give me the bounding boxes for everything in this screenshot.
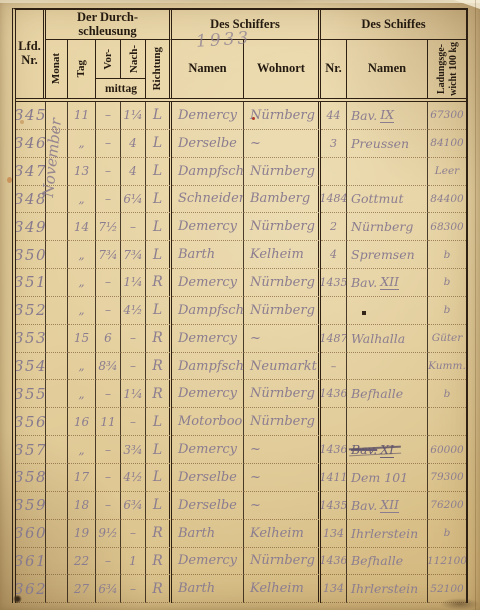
tag-cell: 27	[68, 575, 96, 603]
nachmittag-cell: 4	[121, 158, 146, 186]
schiff-name-cell: Befhalle	[347, 548, 428, 576]
schiff-name-numeral: XII	[380, 497, 399, 513]
schiff-name-text: Bav.	[351, 442, 377, 457]
monat-cell	[46, 380, 68, 408]
vormittag-cell: –	[96, 548, 121, 576]
schiff-nr-cell	[321, 408, 347, 436]
header-ladungsgewicht: Ladungsge- wicht 100 kg	[428, 40, 466, 98]
nachmittag-cell: –	[121, 353, 146, 381]
schiff-name-text: Bav.	[351, 275, 377, 290]
schiff-name-cell: Spremsen	[347, 241, 428, 269]
schiffer-name-cell: Derselbe	[172, 492, 244, 520]
richtung-cell: L	[146, 102, 172, 130]
nachmittag-cell: –	[121, 520, 146, 548]
ladung-cell: b	[428, 380, 466, 408]
vormittag-cell: 6¾	[96, 575, 121, 603]
schiff-name-text: Ihrlerstein	[351, 526, 418, 541]
header-tag: Tag	[68, 40, 96, 98]
monat-cell	[46, 297, 68, 325]
vormittag-cell: 6	[96, 325, 121, 353]
schiff-name-text: Befhalle	[351, 386, 403, 401]
nachmittag-cell: 1	[121, 548, 146, 576]
schiff-name-cell: Preussen	[347, 130, 428, 158]
ladung-cell: 84400	[428, 186, 466, 214]
wohnort-cell: ~	[244, 436, 321, 464]
vormittag-cell: –	[96, 436, 121, 464]
wohnort-cell: ~	[244, 325, 321, 353]
header-lfd-line2: Nr.	[21, 54, 38, 68]
ladung-cell: 67300	[428, 102, 466, 130]
rust-stain	[7, 177, 12, 183]
schiff-name-cell: Walhalla	[347, 325, 428, 353]
ladung-cell: Kumm.	[428, 353, 466, 381]
header-vor: Vor-	[96, 40, 121, 78]
schiffer-name-cell: Schneider	[172, 186, 244, 214]
richtung-cell: L	[146, 408, 172, 436]
schiff-name-cell	[347, 353, 428, 381]
tag-cell: 13	[68, 158, 96, 186]
tag-cell: 17	[68, 464, 96, 492]
ladung-cell: b	[428, 297, 466, 325]
header-monat: Monat	[46, 40, 68, 98]
schiffer-name-cell: Dampfschiff	[172, 297, 244, 325]
schiffer-name-cell: Dampfschiff	[172, 353, 244, 381]
paper-fold-line	[475, 0, 476, 610]
schiff-name-cell	[347, 158, 428, 186]
richtung-cell: L	[146, 436, 172, 464]
ladung-cell	[428, 408, 466, 436]
schiff-name-text: Nürnberg	[351, 219, 413, 234]
lfd-nr-cell: 361	[16, 548, 46, 576]
monat-cell	[46, 548, 68, 576]
nachmittag-cell: 4½	[121, 464, 146, 492]
tag-cell: „	[68, 241, 96, 269]
header-lfd-line1: Lfd.	[18, 40, 41, 54]
schiff-nr-cell: 2	[321, 213, 347, 241]
vormittag-cell: 11	[96, 408, 121, 436]
wohnort-cell: ~	[244, 464, 321, 492]
monat-cell	[46, 325, 68, 353]
wohnort-cell: Neumarkt	[244, 353, 321, 381]
tag-cell: 11	[68, 102, 96, 130]
nachmittag-cell: –	[121, 325, 146, 353]
tag-cell: „	[68, 186, 96, 214]
wohnort-cell: Nürnberg	[244, 102, 321, 130]
durchschleusung-line2: schleusung	[78, 25, 136, 39]
schiffer-name-cell: Demercy	[172, 325, 244, 353]
tag-cell: „	[68, 297, 96, 325]
schiff-nr-cell: 1484	[321, 186, 347, 214]
nachmittag-cell: 4½	[121, 297, 146, 325]
richtung-cell: L	[146, 130, 172, 158]
tag-cell: 16	[68, 408, 96, 436]
ladung-cell: Güter	[428, 325, 466, 353]
richtung-cell: R	[146, 548, 172, 576]
lfd-nr-cell: 353	[16, 325, 46, 353]
header-schiffes-nr: Nr.	[321, 40, 347, 98]
nachmittag-cell: –	[121, 408, 146, 436]
wohnort-cell: ~	[244, 130, 321, 158]
header-nach: Nach-	[121, 40, 146, 78]
tag-cell: 18	[68, 492, 96, 520]
wohnort-cell: Kelheim	[244, 575, 321, 603]
paper-edge-top	[0, 0, 480, 3]
vormittag-cell: –	[96, 186, 121, 214]
tag-cell: 22	[68, 548, 96, 576]
dark-speck	[362, 311, 366, 315]
monat-cell	[46, 575, 68, 603]
richtung-cell: L	[146, 241, 172, 269]
vormittag-cell: –	[96, 464, 121, 492]
schiff-name-cell: Ihrlerstein	[347, 575, 428, 603]
tag-cell: „	[68, 269, 96, 297]
lock-register-table: Lfd. Nr. Der Durch- schleusung Monat Tag…	[12, 8, 468, 603]
nachmittag-cell: –	[121, 575, 146, 603]
schiff-name-cell: Ihrlerstein	[347, 520, 428, 548]
schiffer-name-cell: Barth	[172, 575, 244, 603]
tag-cell: „	[68, 353, 96, 381]
schiff-name-numeral: IX	[380, 107, 394, 123]
wohnort-cell: Nürnberg	[244, 158, 321, 186]
lfd-nr-cell: 359	[16, 492, 46, 520]
schiffer-name-cell: Derselbe	[172, 130, 244, 158]
table-header: Lfd. Nr. Der Durch- schleusung Monat Tag…	[16, 10, 466, 102]
schiffer-name-cell: Demercy	[172, 213, 244, 241]
nachmittag-cell: 4	[121, 130, 146, 158]
nachmittag-cell: 1¼	[121, 269, 146, 297]
schiff-nr-cell: 44	[321, 102, 347, 130]
ladung-cell: b	[428, 520, 466, 548]
lfd-nr-cell: 358	[16, 464, 46, 492]
lfd-nr-cell: 352	[16, 297, 46, 325]
scanned-ledger-page: Lfd. Nr. Der Durch- schleusung Monat Tag…	[0, 0, 480, 610]
schiffer-name-cell: Motorboot	[172, 408, 244, 436]
richtung-cell: L	[146, 213, 172, 241]
durchschleusung-line1: Der Durch-	[77, 11, 138, 25]
ladung-cell: b	[428, 269, 466, 297]
wohnort-cell: Bamberg	[244, 186, 321, 214]
schiff-name-text: Gottmut	[351, 191, 403, 206]
wohnort-cell: Nürnberg	[244, 408, 321, 436]
monat-cell	[46, 436, 68, 464]
schiff-nr-cell: 1435	[321, 492, 347, 520]
ladung-cell: b	[428, 241, 466, 269]
schiff-nr-cell: 1487	[321, 325, 347, 353]
nachmittag-cell: 6¼	[121, 186, 146, 214]
lfd-nr-cell: 351	[16, 269, 46, 297]
schiff-name-cell: Nürnberg	[347, 213, 428, 241]
ladung-cell: 60000	[428, 436, 466, 464]
schiff-name-cell: Gottmut	[347, 186, 428, 214]
header-mittag: mittag	[96, 78, 146, 98]
richtung-cell: R	[146, 325, 172, 353]
ladung-cell: 112100	[428, 548, 466, 576]
schiffer-name-cell: Demercy	[172, 269, 244, 297]
richtung-cell: R	[146, 353, 172, 381]
schiff-name-text: Preussen	[351, 136, 409, 151]
tag-cell: „	[68, 436, 96, 464]
ladung-cell: 79300	[428, 464, 466, 492]
schiffer-name-cell: Demercy	[172, 548, 244, 576]
schiff-nr-cell: 1435	[321, 269, 347, 297]
monat-cell	[46, 213, 68, 241]
red-ink-speck	[252, 117, 255, 120]
wohnort-cell: Nürnberg	[244, 548, 321, 576]
schiff-name-cell: Bav. XII	[347, 269, 428, 297]
schiff-name-text: Bav.	[351, 498, 377, 513]
wohnort-cell: Nürnberg	[244, 213, 321, 241]
schiff-name-text: Befhalle	[351, 553, 403, 568]
wohnort-cell: Nürnberg	[244, 380, 321, 408]
header-schiffes-namen: Namen	[347, 40, 428, 98]
vormittag-cell: –	[96, 297, 121, 325]
schiff-name-text: Spremsen	[351, 247, 415, 262]
schiff-nr-cell: 134	[321, 575, 347, 603]
schiff-name-text: Ihrlerstein	[351, 581, 418, 596]
vormittag-cell: –	[96, 130, 121, 158]
monat-cell	[46, 241, 68, 269]
schiff-name-cell: Bav. XII	[347, 492, 428, 520]
schiffer-name-cell: Derselbe	[172, 464, 244, 492]
header-schiffers-wohnort: Wohnort	[244, 40, 321, 98]
schiff-nr-cell: 1436	[321, 380, 347, 408]
schiffer-name-cell: Barth	[172, 241, 244, 269]
schiff-nr-cell: 1436	[321, 436, 347, 464]
wohnort-cell: Kelheim	[244, 520, 321, 548]
schiff-name-cell	[347, 408, 428, 436]
nachmittag-cell: –	[121, 213, 146, 241]
vormittag-cell: 9½	[96, 520, 121, 548]
tag-cell: „	[68, 130, 96, 158]
vormittag-cell: –	[96, 269, 121, 297]
lfd-nr-cell: 360	[16, 520, 46, 548]
lfd-nr-cell: 355	[16, 380, 46, 408]
schiff-name-text: Dem 101	[351, 470, 408, 485]
schiff-name-cell: Dem 101	[347, 464, 428, 492]
monat-cell	[46, 353, 68, 381]
vormittag-cell: 8¾	[96, 353, 121, 381]
handwritten-year: 1933	[195, 28, 252, 52]
tag-cell: „	[68, 380, 96, 408]
richtung-cell: L	[146, 186, 172, 214]
wohnort-cell: ~	[244, 492, 321, 520]
schiffer-name-cell: Demercy	[172, 380, 244, 408]
nachmittag-cell: 1¼	[121, 102, 146, 130]
vormittag-cell: –	[96, 158, 121, 186]
vormittag-cell: 7¾	[96, 241, 121, 269]
richtung-cell: L	[146, 492, 172, 520]
schiff-name-numeral: XII	[380, 274, 399, 290]
richtung-cell: R	[146, 269, 172, 297]
monat-cell	[46, 464, 68, 492]
lfd-nr-cell: 357	[16, 436, 46, 464]
monat-cell	[46, 408, 68, 436]
rust-stain-small	[20, 120, 24, 124]
nachmittag-cell: 1¼	[121, 380, 146, 408]
vormittag-cell: 7½	[96, 213, 121, 241]
schiffer-name-cell: Barth	[172, 520, 244, 548]
ladung-cell: 76200	[428, 492, 466, 520]
lfd-nr-cell: 354	[16, 353, 46, 381]
ladung-cell: Leer	[428, 158, 466, 186]
schiff-nr-cell: 134	[321, 520, 347, 548]
monat-cell	[46, 269, 68, 297]
schiff-name-cell: Bav. IX	[347, 102, 428, 130]
vormittag-cell: –	[96, 380, 121, 408]
richtung-cell: L	[146, 464, 172, 492]
monat-cell	[46, 520, 68, 548]
schiff-nr-cell: 1411	[321, 464, 347, 492]
tag-cell: 15	[68, 325, 96, 353]
richtung-cell: R	[146, 380, 172, 408]
schiffer-name-cell: Demercy	[172, 436, 244, 464]
richtung-cell: R	[146, 575, 172, 603]
wohnort-cell: Nürnberg	[244, 297, 321, 325]
schiff-nr-cell	[321, 158, 347, 186]
header-group-durchschleusung: Der Durch- schleusung	[46, 10, 172, 40]
header-group-schiffes: Des Schiffes	[321, 10, 466, 40]
nachmittag-cell: 3¾	[121, 436, 146, 464]
nachmittag-cell: 6¾	[121, 492, 146, 520]
schiff-name-cell: Bav. XI	[347, 436, 428, 464]
schiff-name-cell: Befhalle	[347, 380, 428, 408]
monat-cell	[46, 492, 68, 520]
schiffer-name-cell: Demercy	[172, 102, 244, 130]
ladung-cell: 68300	[428, 213, 466, 241]
header-vormittag-nachmittag: Vor- Nach- mittag	[96, 40, 146, 98]
wohnort-cell: Kelheim	[244, 241, 321, 269]
lfd-nr-cell: 356	[16, 408, 46, 436]
schiffer-name-cell: Dampfschiff	[172, 158, 244, 186]
schiff-name-numeral: XI	[380, 442, 394, 458]
schiff-nr-cell: 4	[321, 241, 347, 269]
richtung-cell: L	[146, 158, 172, 186]
vormittag-cell: –	[96, 492, 121, 520]
lfd-nr-cell: 350	[16, 241, 46, 269]
schiff-name-cell	[347, 297, 428, 325]
corner-blot-bottom-right	[440, 598, 480, 610]
schiff-nr-cell	[321, 297, 347, 325]
tag-cell: 14	[68, 213, 96, 241]
schiff-name-text: Walhalla	[351, 331, 405, 346]
richtung-cell: L	[146, 297, 172, 325]
wohnort-cell: Nürnberg	[244, 269, 321, 297]
richtung-cell: R	[146, 520, 172, 548]
schiff-nr-cell: 1436	[321, 548, 347, 576]
header-richtung: Richtung	[146, 40, 172, 98]
header-lfd-nr: Lfd. Nr.	[16, 10, 46, 98]
corner-blot-bottom-left	[13, 595, 22, 603]
schiff-nr-cell: –	[321, 353, 347, 381]
handwritten-month-november: November	[40, 108, 64, 208]
tag-cell: 19	[68, 520, 96, 548]
vormittag-cell: –	[96, 102, 121, 130]
schiff-nr-cell: 3	[321, 130, 347, 158]
nachmittag-cell: 7¾	[121, 241, 146, 269]
lfd-nr-cell: 349	[16, 213, 46, 241]
table-body: 345 11 – 1¼ L Demercy Nürnberg 44 Bav. I…	[16, 102, 466, 603]
schiff-name-text: Bav.	[351, 108, 377, 123]
ladung-cell: 84100	[428, 130, 466, 158]
